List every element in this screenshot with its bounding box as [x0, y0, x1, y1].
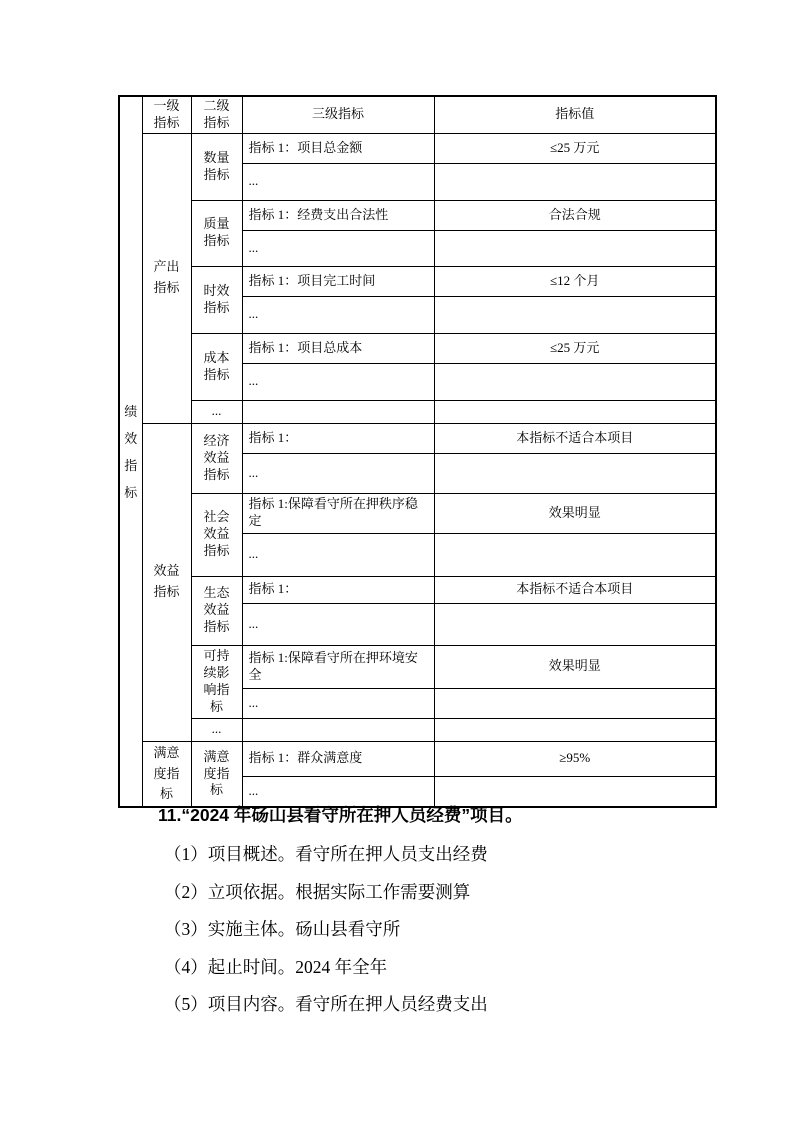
level2-cell: 经济效益指标 — [191, 423, 242, 493]
value-cell: 本指标不适合本项目 — [434, 423, 716, 453]
level2-cell: 社会效益指标 — [191, 493, 242, 576]
value-cell: ≤25 万元 — [434, 133, 716, 163]
level2-cell: 生态效益指标 — [191, 576, 242, 645]
ellipsis-cell: ... — [242, 688, 434, 718]
value-cell-empty — [434, 688, 716, 718]
ellipsis-cell: ... — [242, 453, 434, 493]
ellipsis-cell: ... — [242, 296, 434, 333]
level3-cell-empty — [242, 718, 434, 741]
value-cell-empty — [434, 296, 716, 333]
value-cell-empty — [434, 363, 716, 400]
table-row: 时效指标 指标 1：项目完工时间 ≤12 个月 — [119, 266, 716, 296]
table-row: 社会效益指标 指标 1:保障看守所在押秩序稳定 效果明显 — [119, 493, 716, 533]
section-item: （3）实施主体。砀山县看守所 — [164, 911, 793, 949]
level3-cell: 指标 1： — [242, 423, 434, 453]
level3-cell: 指标 1：项目总金额 — [242, 133, 434, 163]
level3-cell-empty — [242, 400, 434, 423]
section-heading: 11.“2024 年砀山县看守所在押人员经费”项目。 — [158, 802, 793, 828]
table-row: 成本指标 指标 1：项目总成本 ≤25 万元 — [119, 333, 716, 363]
table-row: 产出指标 数量指标 指标 1：项目总金额 ≤25 万元 — [119, 133, 716, 163]
header-level3: 三级指标 — [242, 96, 434, 133]
header-level2: 二级指标 — [191, 96, 242, 133]
level3-cell: 指标 1：项目总成本 — [242, 333, 434, 363]
value-cell-empty — [434, 533, 716, 576]
section-item: （5）项目内容。看守所在押人员经费支出 — [164, 986, 793, 1024]
table-row: 可持续影响指标 指标 1:保障看守所在押环境安全 效果明显 — [119, 645, 716, 688]
value-cell-empty — [434, 718, 716, 741]
level1-cell: 满意度指标 — [142, 741, 191, 807]
level3-cell: 指标 1：经费支出合法性 — [242, 200, 434, 230]
ellipsis-cell: ... — [242, 230, 434, 266]
header-value: 指标值 — [434, 96, 716, 133]
ellipsis-cell: ... — [242, 533, 434, 576]
performance-indicator-table: 绩效指标 一级指标 二级指标 三级指标 指标值 产出指标 数量指标 指标 1：项… — [118, 95, 717, 808]
section-item: （2）立项依据。根据实际工作需要测算 — [164, 874, 793, 912]
level2-cell: 质量指标 — [191, 200, 242, 266]
table-row: ... — [119, 400, 716, 423]
table-row: 质量指标 指标 1：经费支出合法性 合法合规 — [119, 200, 716, 230]
level2-cell: 数量指标 — [191, 133, 242, 200]
level2-ellipsis-cell: ... — [191, 718, 242, 741]
level3-cell: 指标 1：群众满意度 — [242, 741, 434, 776]
value-cell-empty — [434, 400, 716, 423]
level1-cell: 产出指标 — [142, 133, 191, 423]
value-cell: 效果明显 — [434, 645, 716, 688]
level2-cell: 成本指标 — [191, 333, 242, 400]
section-item: （4）起止时间。2024 年全年 — [164, 949, 793, 987]
project-section: 11.“2024 年砀山县看守所在押人员经费”项目。 （1）项目概述。看守所在押… — [0, 802, 793, 1024]
table-row: 满意度指标 满意度指标 指标 1：群众满意度 ≥95% — [119, 741, 716, 776]
ellipsis-cell: ... — [242, 163, 434, 200]
level3-cell: 指标 1： — [242, 576, 434, 603]
value-cell-empty — [434, 603, 716, 645]
header-level1: 一级指标 — [142, 96, 191, 133]
section-item-list: （1）项目概述。看守所在押人员支出经费 （2）立项依据。根据实际工作需要测算 （… — [0, 836, 793, 1024]
level3-cell: 指标 1:保障看守所在押秩序稳定 — [242, 493, 434, 533]
table-row: 生态效益指标 指标 1： 本指标不适合本项目 — [119, 576, 716, 603]
table-row: ... — [119, 718, 716, 741]
level1-cell: 效益指标 — [142, 423, 191, 741]
value-cell: 效果明显 — [434, 493, 716, 533]
level3-cell: 指标 1:保障看守所在押环境安全 — [242, 645, 434, 688]
value-cell: ≤25 万元 — [434, 333, 716, 363]
table-header-row: 绩效指标 一级指标 二级指标 三级指标 指标值 — [119, 96, 716, 133]
value-cell: ≥95% — [434, 741, 716, 776]
level2-cell: 时效指标 — [191, 266, 242, 333]
level2-ellipsis-cell: ... — [191, 400, 242, 423]
value-cell: ≤12 个月 — [434, 266, 716, 296]
value-cell: 合法合规 — [434, 200, 716, 230]
ellipsis-cell: ... — [242, 603, 434, 645]
value-cell: 本指标不适合本项目 — [434, 576, 716, 603]
value-cell-empty — [434, 453, 716, 493]
side-label-cell: 绩效指标 — [119, 96, 142, 807]
table-row: 效益指标 经济效益指标 指标 1： 本指标不适合本项目 — [119, 423, 716, 453]
ellipsis-cell: ... — [242, 363, 434, 400]
section-item: （1）项目概述。看守所在押人员支出经费 — [164, 836, 793, 874]
level2-cell: 可持续影响指标 — [191, 645, 242, 718]
level3-cell: 指标 1：项目完工时间 — [242, 266, 434, 296]
value-cell-empty — [434, 230, 716, 266]
value-cell-empty — [434, 163, 716, 200]
level2-cell: 满意度指标 — [191, 741, 242, 807]
